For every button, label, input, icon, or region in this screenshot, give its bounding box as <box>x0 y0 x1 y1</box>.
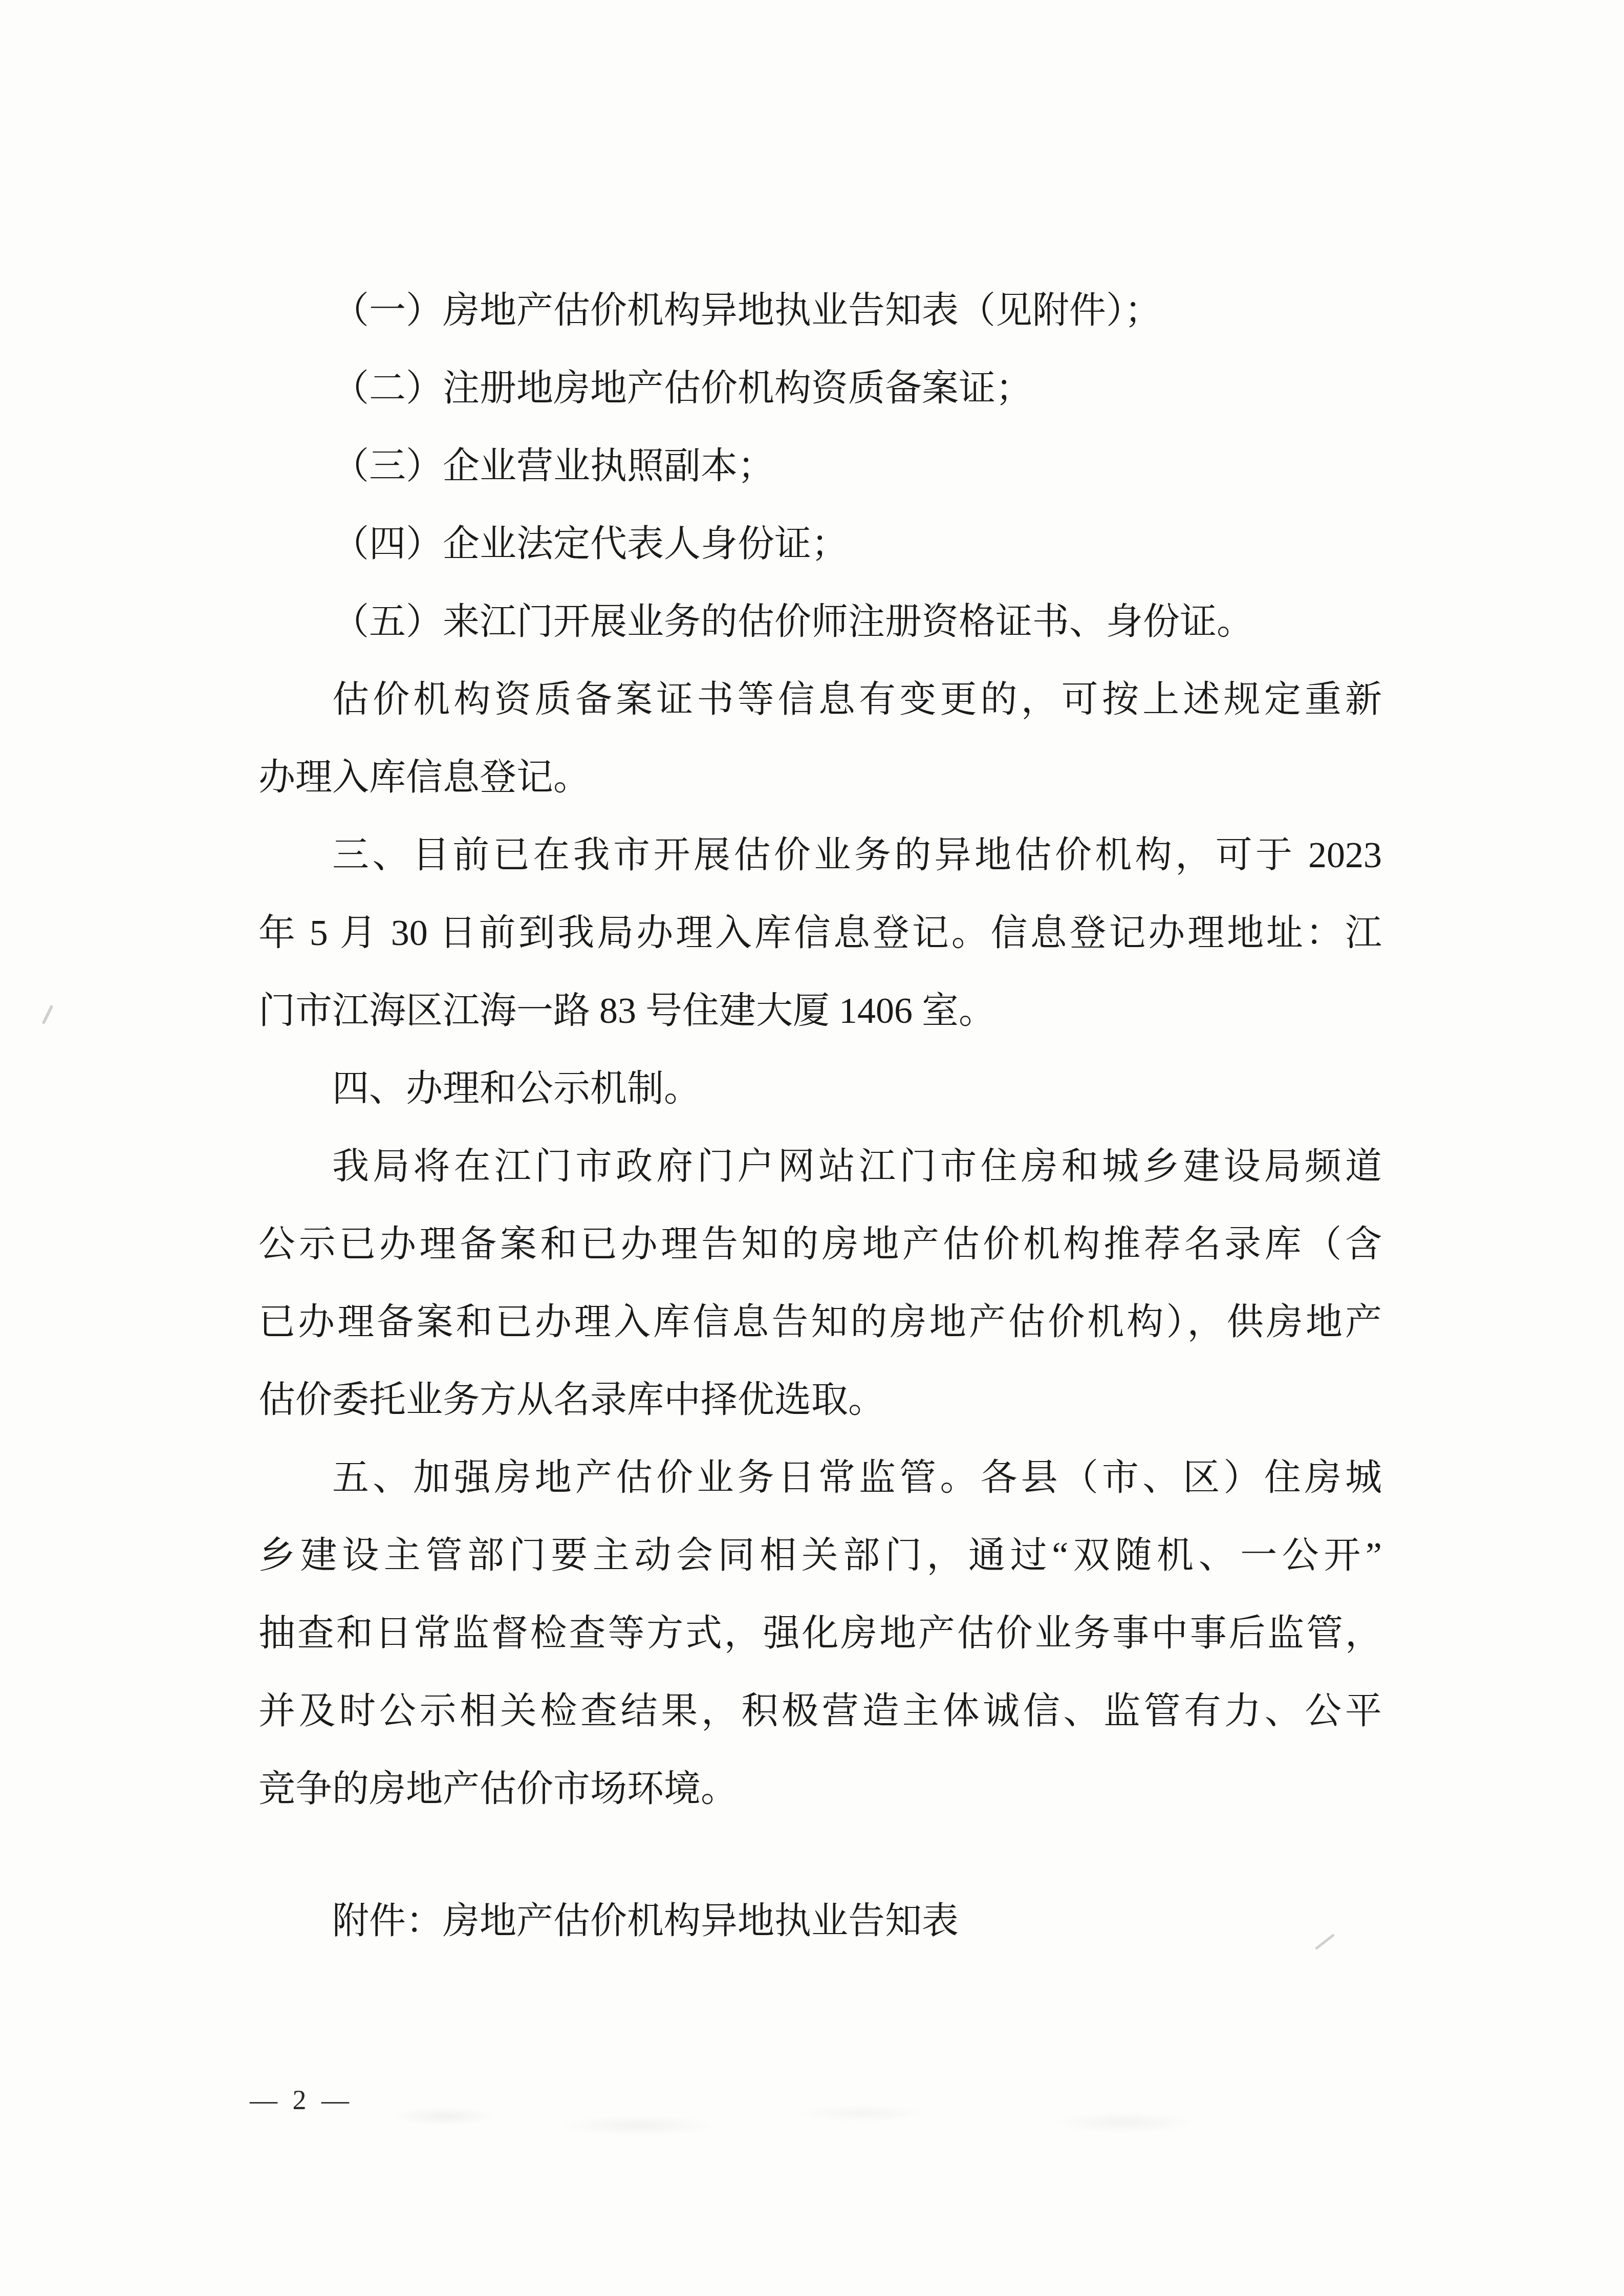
document-line: 抽查和日常监督检查等方式，强化房地产估价业务事中事后监管， <box>258 1594 1382 1672</box>
scan-artifact <box>42 1005 54 1025</box>
document-line: 竞争的房地产估价市场环境。 <box>258 1750 1382 1828</box>
document-line: 已办理备案和已办理入库信息告知的房地产估价机构），供房地产 <box>258 1283 1382 1361</box>
document-line: 三、目前已在我市开展估价业务的异地估价机构，可于 2023 <box>258 816 1382 894</box>
document-line: 四、办理和公示机制。 <box>258 1049 1382 1127</box>
attachment-line: 附件：房地产估价机构异地执业告知表 <box>258 1882 1382 1960</box>
document-line: 公示已办理备案和已办理告知的房地产估价机构推荐名录库（含 <box>258 1205 1382 1283</box>
document-line: （五）来江门开展业务的估价师注册资格证书、身份证。 <box>258 583 1382 660</box>
document-line: （四）企业法定代表人身份证； <box>258 505 1382 583</box>
document-page: （一）房地产估价机构异地执业告知表（见附件）； （二）注册地房地产估价机构资质备… <box>0 0 1624 2296</box>
document-line: 估价委托业务方从名录库中择优选取。 <box>258 1361 1382 1439</box>
document-line: 门市江海区江海一路 83 号住建大厦 1406 室。 <box>258 972 1382 1049</box>
document-line: （三）企业营业执照副本； <box>258 427 1382 505</box>
document-line: 乡建设主管部门要主动会同相关部门，通过“双随机、一公开” <box>258 1516 1382 1594</box>
page-number: — 2 — <box>250 2085 353 2115</box>
document-line: 估价机构资质备案证书等信息有变更的，可按上述规定重新 <box>258 660 1382 738</box>
document-line: （一）房地产估价机构异地执业告知表（见附件）； <box>258 271 1382 349</box>
document-line: 办理入库信息登记。 <box>258 738 1382 816</box>
scan-smudge <box>328 2089 1300 2150</box>
document-line: 五、加强房地产估价业务日常监管。各县（市、区）住房城 <box>258 1439 1382 1516</box>
document-line: （二）注册地房地产估价机构资质备案证； <box>258 349 1382 427</box>
document-line: 我局将在江门市政府门户网站江门市住房和城乡建设局频道 <box>258 1127 1382 1205</box>
document-line: 并及时公示相关检查结果，积极营造主体诚信、监管有力、公平 <box>258 1672 1382 1750</box>
document-body: （一）房地产估价机构异地执业告知表（见附件）； （二）注册地房地产估价机构资质备… <box>258 271 1382 1960</box>
document-line: 年 5 月 30 日前到我局办理入库信息登记。信息登记办理地址：江 <box>258 894 1382 972</box>
